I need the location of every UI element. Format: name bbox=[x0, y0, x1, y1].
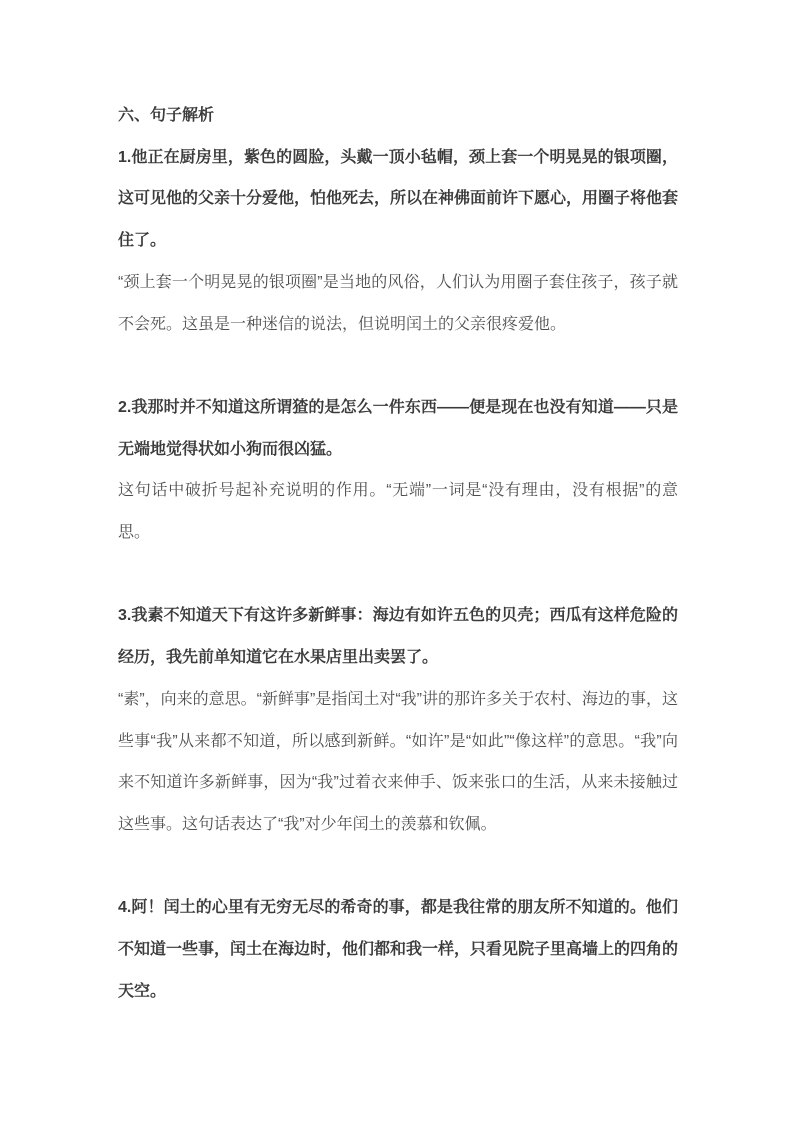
analysis-sentence-2: 2.我那时并不知道这所谓猹的是怎么一件东西——便是现在也没有知道——只是无端地觉… bbox=[118, 387, 678, 470]
analysis-explanation-2: 这句话中破折号起补充说明的作用。“无端”一词是“没有理由，没有根据”的意思。 bbox=[118, 470, 678, 553]
analysis-sentence-3: 3.我素不知道天下有这许多新鲜事：海边有如许五色的贝壳；西瓜有这样危险的经历，我… bbox=[118, 595, 678, 678]
analysis-sentence-1: 1.他正在厨房里，紫色的圆脸，头戴一顶小毡帽，颈上套一个明晃晃的银项圈，这可见他… bbox=[118, 137, 678, 262]
document-content: 六、句子解析 1.他正在厨房里，紫色的圆脸，头戴一顶小毡帽，颈上套一个明晃晃的银… bbox=[118, 95, 678, 1012]
section-heading: 六、句子解析 bbox=[118, 95, 678, 137]
paragraph-spacer bbox=[118, 846, 678, 888]
document-page: 六、句子解析 1.他正在厨房里，紫色的圆脸，头戴一顶小毡帽，颈上套一个明晃晃的银… bbox=[0, 0, 793, 1122]
paragraph-spacer bbox=[118, 345, 678, 387]
analysis-explanation-1: “颈上套一个明晃晃的银项圈”是当地的风俗，人们认为用圈子套住孩子，孩子就不会死。… bbox=[118, 262, 678, 345]
paragraph-spacer bbox=[118, 554, 678, 596]
analysis-explanation-3: “素”，向来的意思。“新鲜事”是指闰土对“我”讲的那许多关于农村、海边的事，这些… bbox=[118, 679, 678, 846]
analysis-sentence-4: 4.阿！闰土的心里有无穷无尽的希奇的事，都是我往常的朋友所不知道的。他们不知道一… bbox=[118, 887, 678, 1012]
